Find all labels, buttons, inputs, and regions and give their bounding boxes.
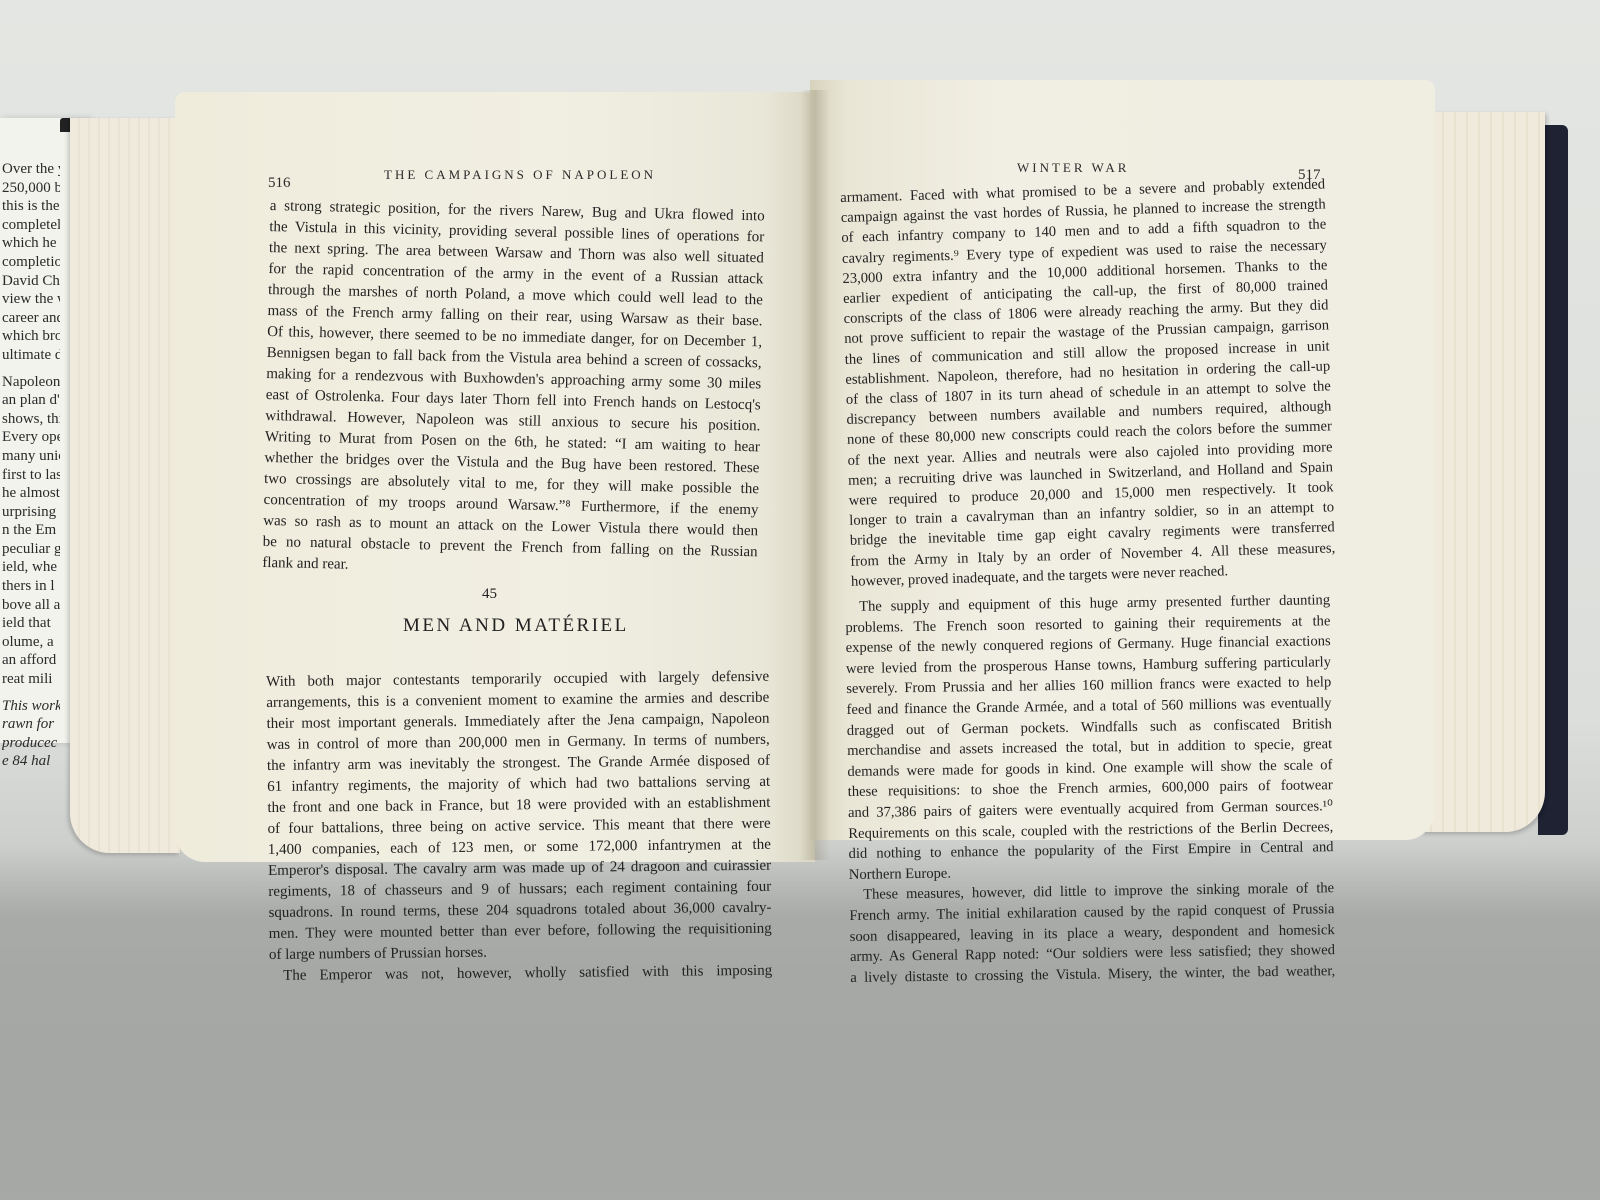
background-book-text: Over the y 250,000 bo this is the comple… bbox=[2, 160, 60, 779]
text-line: completely bbox=[2, 216, 60, 235]
book-gutter bbox=[800, 90, 830, 860]
text-line: peculiar g bbox=[2, 540, 60, 559]
text-line: he almost bbox=[2, 484, 60, 503]
text-line: which he p bbox=[2, 234, 60, 253]
text-line: an afford bbox=[2, 651, 60, 670]
text-line: rawn for bbox=[2, 715, 60, 734]
text-line: completion bbox=[2, 253, 60, 272]
right-paragraphs-2-3: The supply and equipment of this huge ar… bbox=[845, 590, 1335, 988]
text-line: producec bbox=[2, 734, 60, 753]
open-book-photo: Over the y 250,000 bo this is the comple… bbox=[0, 0, 1600, 1200]
right-running-head: WINTER WAR bbox=[1017, 160, 1129, 176]
text-line: which bro bbox=[2, 327, 60, 346]
text-line: bove all a bbox=[2, 596, 60, 615]
table-surface bbox=[0, 845, 1600, 1200]
right-paragraph-1: armament. Faced with what promised to be… bbox=[840, 174, 1336, 591]
text-line: ield, whe bbox=[2, 558, 60, 577]
text-line: many unic bbox=[2, 447, 60, 466]
text-line: first to las bbox=[2, 466, 60, 485]
left-page-number: 516 bbox=[268, 175, 291, 192]
text-line: 250,000 bo bbox=[2, 179, 60, 198]
text-line: Over the y bbox=[2, 160, 60, 179]
left-page-continuation: a strong strategic position, for the riv… bbox=[262, 196, 765, 584]
text-line: urprising bbox=[2, 503, 60, 522]
text-line: David Cha bbox=[2, 272, 60, 291]
text-line: an plan d' bbox=[2, 391, 60, 410]
text-line: e 84 hal bbox=[2, 752, 60, 771]
text-line: reat mili bbox=[2, 670, 60, 689]
text-line: olume, a bbox=[2, 633, 60, 652]
text-line: career and bbox=[2, 309, 60, 328]
text-line: ultimate d bbox=[2, 346, 60, 365]
background-paragraph-1: Over the y 250,000 bo this is the comple… bbox=[2, 160, 60, 365]
chapter-title: MEN AND MATÉRIEL bbox=[403, 615, 629, 637]
text-line: ield that bbox=[2, 614, 60, 633]
right-page-stack bbox=[1420, 112, 1545, 832]
background-italic-note: This work rawn for producec e 84 hal bbox=[2, 697, 60, 771]
text-line: thers in l bbox=[2, 577, 60, 596]
text-line: this is the bbox=[2, 197, 60, 216]
text-line: shows, thi bbox=[2, 410, 60, 429]
text-line: Napoleon bbox=[2, 373, 60, 392]
text-line: Every ope bbox=[2, 428, 60, 447]
text-line: n the Em bbox=[2, 521, 60, 540]
text-line: This work bbox=[2, 697, 60, 716]
text-line: view the w bbox=[2, 290, 60, 309]
chapter-body: With both major contestants temporarily … bbox=[266, 667, 772, 987]
left-running-head: THE CAMPAIGNS OF NAPOLEON bbox=[384, 167, 656, 183]
background-paragraph-2: Napoleon an plan d' shows, thi Every ope… bbox=[2, 373, 60, 689]
chapter-number: 45 bbox=[482, 586, 497, 603]
left-page-stack bbox=[70, 118, 180, 853]
